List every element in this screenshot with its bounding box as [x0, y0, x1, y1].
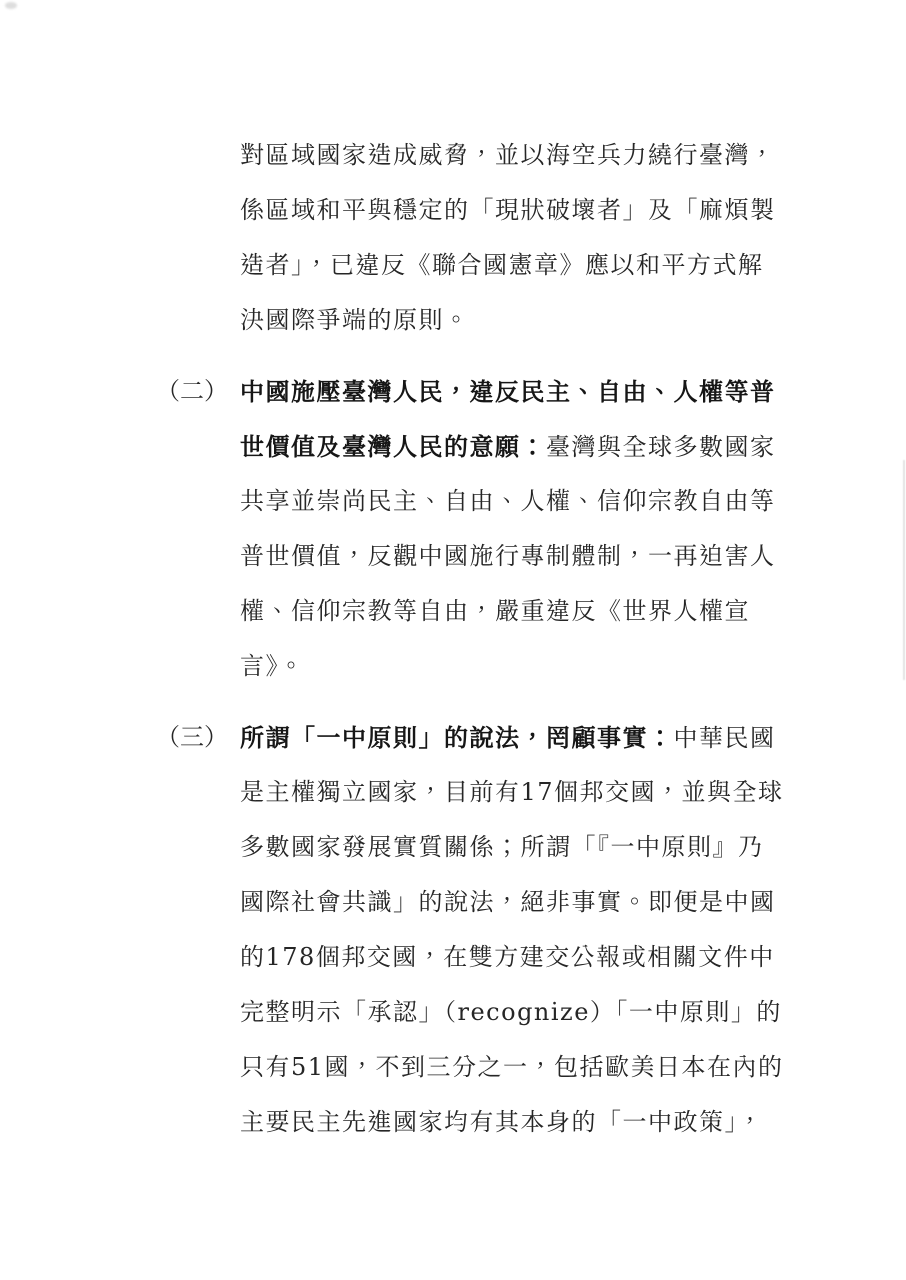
line-text: 國際社會共識」的說法，絕非事實。即便是中國	[240, 888, 776, 916]
line-text: 普世價值，反觀中國施行專制體制，一再迫害人	[240, 542, 776, 570]
line-text: 係區域和平與穩定的「現狀破壞者」及「麻煩製	[240, 196, 776, 224]
line-text: 是主權獨立國家，目前有17個邦交國，並與全球	[240, 778, 784, 806]
line-text: 中華民國	[674, 724, 776, 752]
line-text-bold: 所謂「一中原則」的說法，罔顧事實：	[240, 723, 674, 752]
scan-speck-artifact	[5, 2, 17, 9]
text-line: 主要民主先進國家均有其本身的「一中政策」，	[0, 1095, 906, 1150]
text-line: 國際社會共識」的說法，絕非事實。即便是中國	[0, 875, 906, 930]
text-line: 決國際爭端的原則。	[0, 293, 906, 348]
line-text: 決國際爭端的原則。	[240, 306, 470, 334]
line-text-bold: 中國施壓臺灣人民，違反民主、自由、人權等普	[240, 377, 776, 406]
text-block: 對區域國家造成威脅，並以海空兵力繞行臺灣， 係區域和平與穩定的「現狀破壞者」及「…	[0, 128, 906, 1150]
line-text: 的178個邦交國，在雙方建交公報或相關文件中	[240, 943, 775, 971]
text-line: 只有51國，不到三分之一，包括歐美日本在內的	[0, 1040, 906, 1095]
line-text: 只有51國，不到三分之一，包括歐美日本在內的	[240, 1053, 784, 1081]
section-2-marker: （二）	[156, 364, 228, 419]
text-line: 言》。	[0, 639, 906, 694]
text-line: 對區域國家造成威脅，並以海空兵力繞行臺灣，	[0, 128, 906, 183]
line-text: 主要民主先進國家均有其本身的「一中政策」，	[240, 1108, 764, 1136]
section-3-marker: （三）	[156, 710, 228, 765]
scanned-page: 對區域國家造成威脅，並以海空兵力繞行臺灣， 係區域和平與穩定的「現狀破壞者」及「…	[0, 0, 906, 1280]
text-line: 完整明示「承認」（recognize）「一中原則」的	[0, 985, 906, 1040]
line-text: 對區域國家造成威脅，並以海空兵力繞行臺灣，	[240, 141, 776, 169]
text-line: 造者」，已違反《聯合國憲章》應以和平方式解	[0, 238, 906, 293]
text-line: 普世價值，反觀中國施行專制體制，一再迫害人	[0, 529, 906, 584]
text-line: 的178個邦交國，在雙方建交公報或相關文件中	[0, 930, 906, 985]
text-line: 多數國家發展實質關係；所謂「『一中原則』乃	[0, 820, 906, 875]
line-text: 共享並崇尚民主、自由、人權、信仰宗教自由等	[240, 487, 776, 515]
line-text-bold: 世價值及臺灣人民的意願：	[240, 432, 546, 461]
text-line: 係區域和平與穩定的「現狀破壞者」及「麻煩製	[0, 183, 906, 238]
line-text: 造者」，已違反《聯合國憲章》應以和平方式解	[240, 251, 764, 279]
text-line: 共享並崇尚民主、自由、人權、信仰宗教自由等	[0, 474, 906, 529]
line-text: 完整明示「承認」（recognize）「一中原則」的	[240, 998, 782, 1026]
section-heading-line: （二） 中國施壓臺灣人民，違反民主、自由、人權等普	[0, 364, 906, 419]
section-heading-line: （三） 所謂「一中原則」的說法，罔顧事實：中華民國	[0, 710, 906, 765]
text-line: 權、信仰宗教等自由，嚴重違反《世界人權宣	[0, 584, 906, 639]
text-line: 是主權獨立國家，目前有17個邦交國，並與全球	[0, 765, 906, 820]
line-text: 權、信仰宗教等自由，嚴重違反《世界人權宣	[240, 597, 750, 625]
text-line: 世價值及臺灣人民的意願：臺灣與全球多數國家	[0, 419, 906, 474]
line-text: 多數國家發展實質關係；所謂「『一中原則』乃	[240, 833, 764, 861]
line-text: 言》。	[240, 652, 305, 680]
line-text: 臺灣與全球多數國家	[546, 433, 776, 461]
